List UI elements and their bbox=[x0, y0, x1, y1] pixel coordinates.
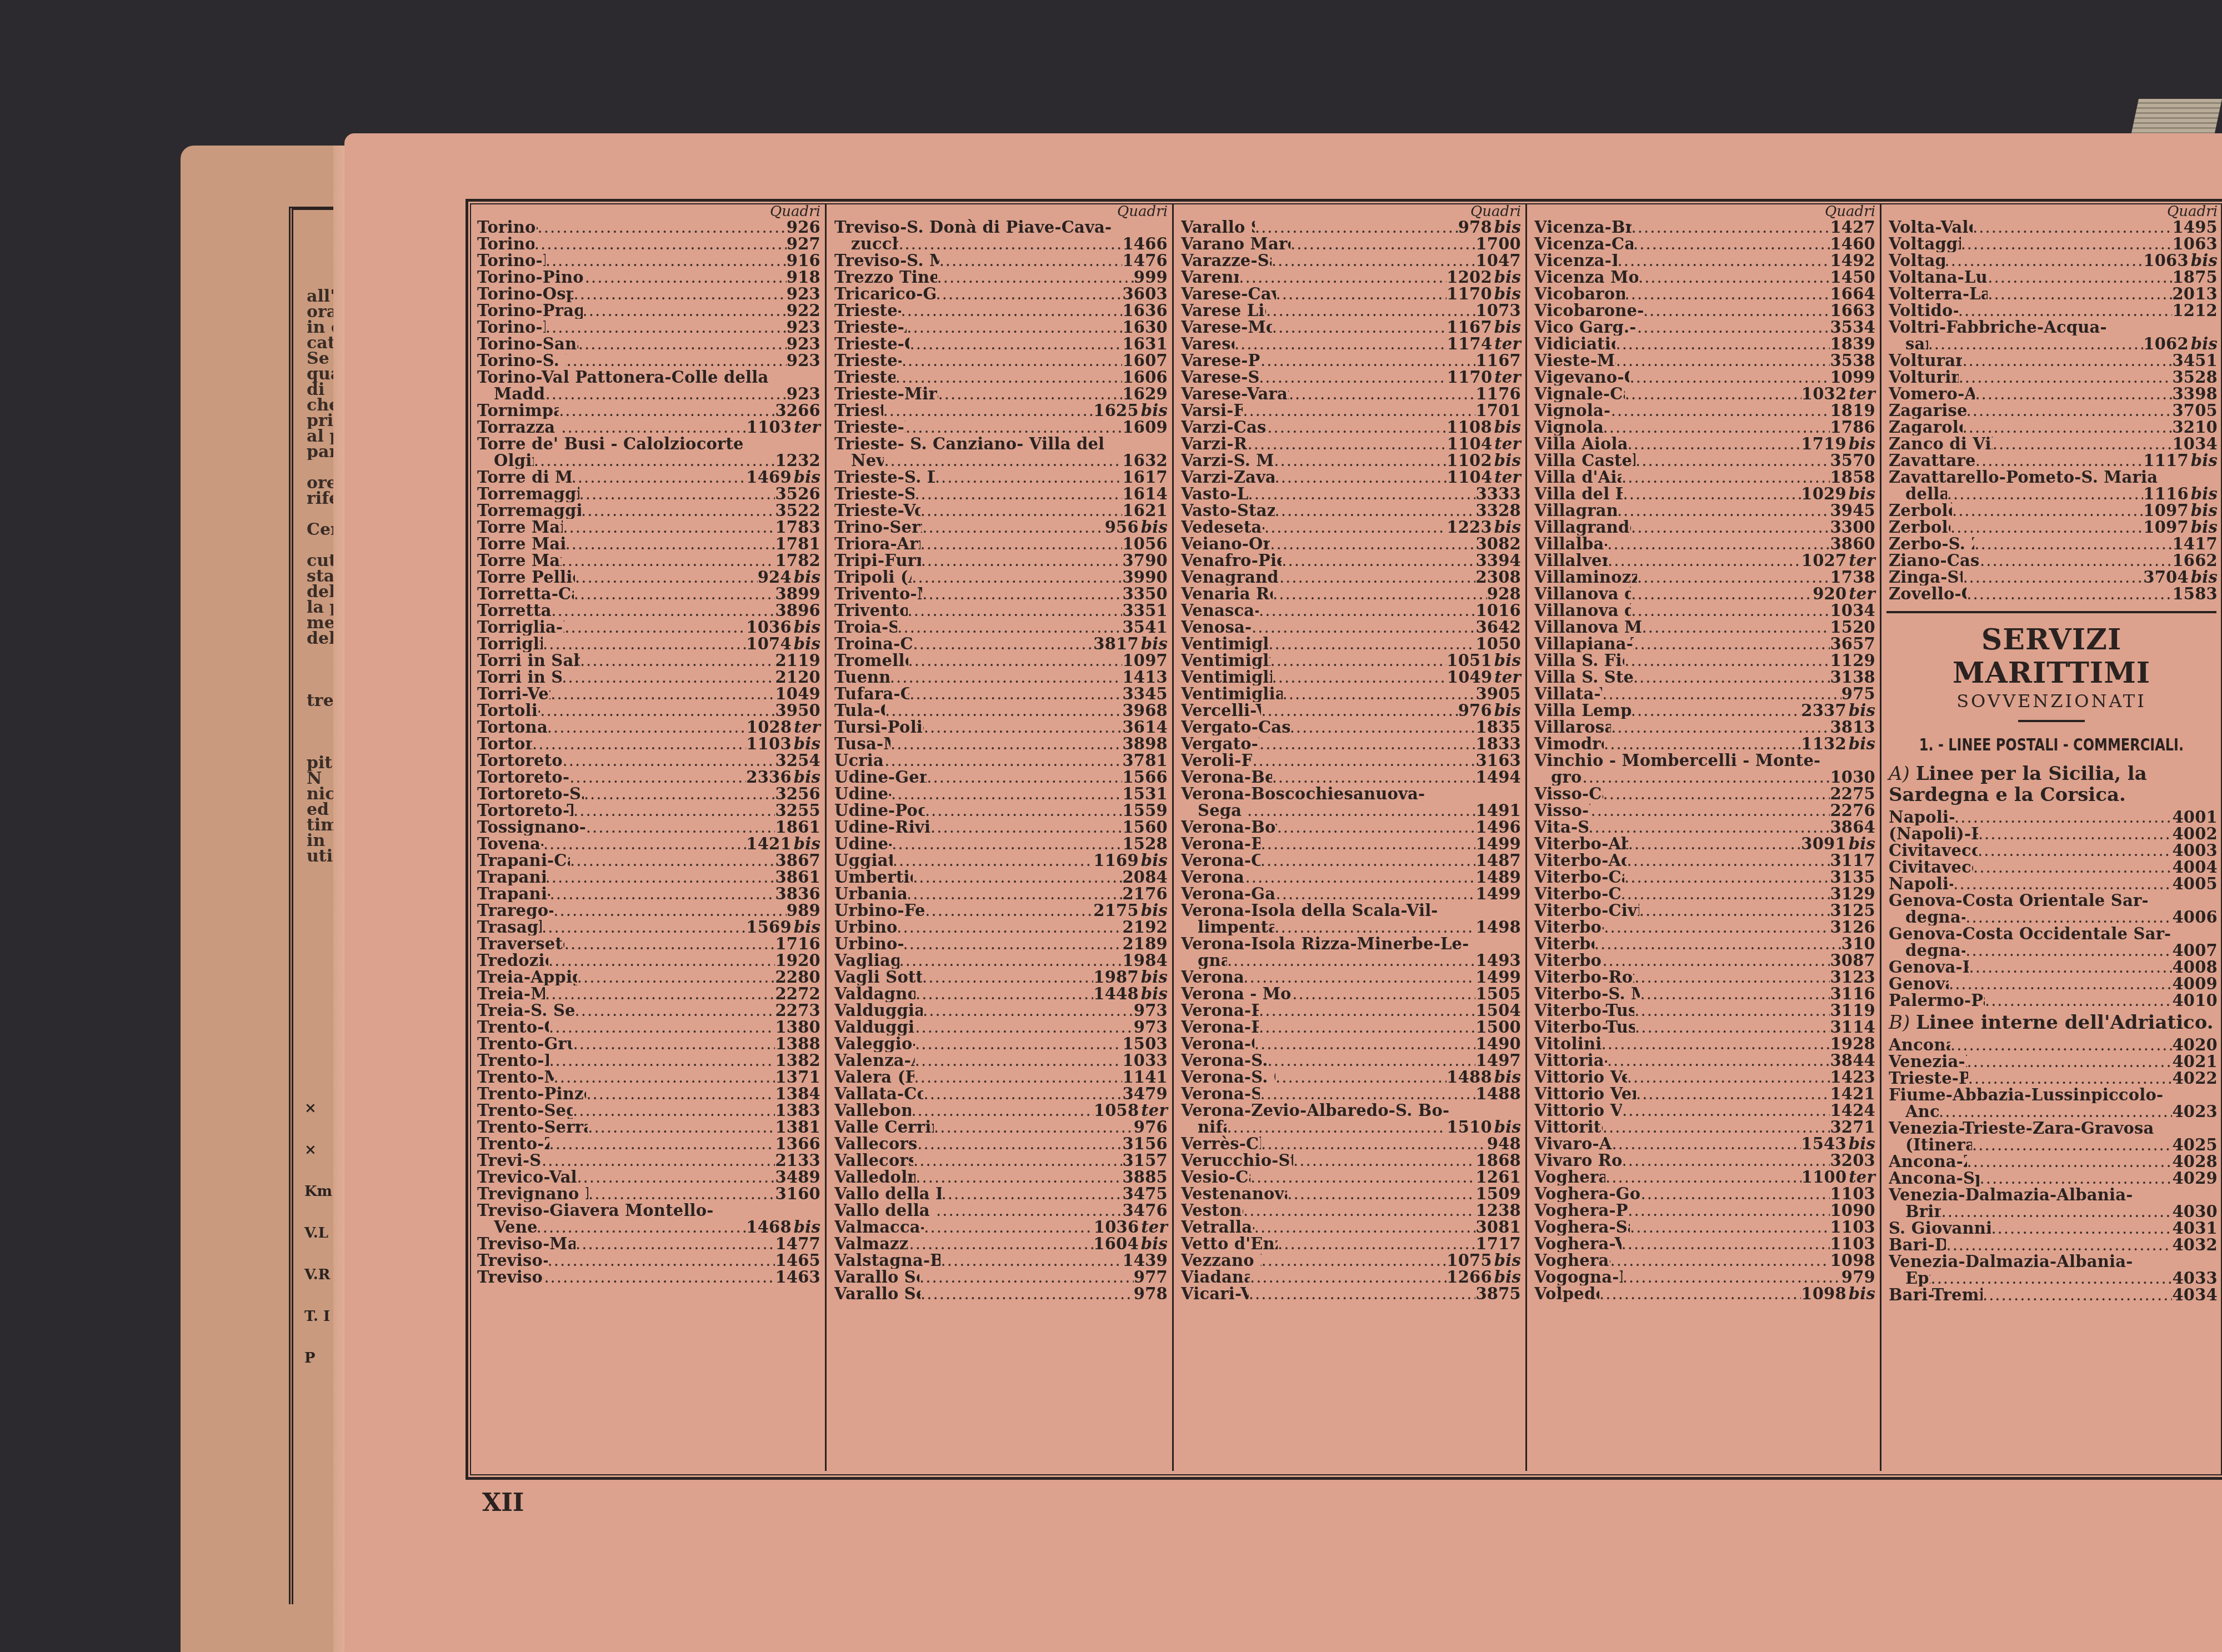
index-entry: Vicenza-Lago Fimon1492 bbox=[1527, 252, 1880, 269]
table-number: 3123 bbox=[1830, 969, 1875, 985]
table-number-value: 926 bbox=[787, 218, 820, 237]
dot-leader bbox=[914, 1069, 1123, 1085]
index-entry: Vagli Sotto-Castelnuovo G.1987bis bbox=[827, 969, 1172, 985]
table-number: 3899 bbox=[775, 585, 820, 602]
table-number: 1098 bbox=[1830, 1252, 1875, 1269]
route-name: gnago bbox=[1198, 952, 1227, 969]
route-name: Verona-S. Anna-Fosse bbox=[1181, 1052, 1268, 1069]
route-name: Valduggia Stazione bbox=[834, 1019, 915, 1035]
table-number-value: 1460 bbox=[1830, 234, 1875, 253]
route-name: Genova-Tunisi bbox=[1889, 975, 1949, 992]
index-entry: Villaminozzo-Reggio Emilia1738 bbox=[1527, 569, 1880, 585]
table-number: 4025 bbox=[2172, 1137, 2218, 1153]
table-number: 3119 bbox=[1830, 1002, 1875, 1019]
table-number-value: 1099 bbox=[1830, 368, 1875, 387]
index-entry: Udine-Grado1531 bbox=[827, 785, 1172, 802]
dot-leader bbox=[1608, 552, 1801, 569]
table-number: 3129 bbox=[1830, 885, 1875, 902]
index-entry: Treviso-S. Michele del Quarto1476 bbox=[827, 252, 1172, 269]
dot-leader bbox=[1939, 1103, 2172, 1120]
dot-leader bbox=[1639, 902, 1830, 919]
dot-leader bbox=[908, 652, 1123, 669]
index-entry: Treviso-Meduna1465 bbox=[469, 1252, 825, 1269]
table-number: 2119 bbox=[775, 652, 820, 669]
table-number: 923 bbox=[787, 319, 820, 336]
dot-leader bbox=[542, 919, 746, 935]
table-number: 1468bis bbox=[746, 1219, 820, 1235]
table-number: 977 bbox=[1134, 1269, 1168, 1285]
table-number-value: 976 bbox=[1458, 701, 1492, 720]
table-number: 1380 bbox=[775, 1019, 820, 1035]
table-number-suffix: bis bbox=[794, 1218, 820, 1237]
dot-leader bbox=[902, 352, 1123, 369]
table-number-value: 1117 bbox=[2143, 451, 2189, 470]
table-number-value: 3861 bbox=[775, 868, 820, 887]
route-name: Vagli Sotto-Castelnuovo G. bbox=[834, 969, 922, 985]
table-number-value: 924 bbox=[758, 568, 792, 587]
table-number: 1383 bbox=[775, 1102, 820, 1119]
table-number-value: 3129 bbox=[1830, 884, 1875, 903]
index-entry: Tricarico-Grassano Stazione3603 bbox=[827, 286, 1172, 302]
index-entry: Viterbo-Orte310 bbox=[1527, 935, 1880, 952]
dot-leader bbox=[907, 319, 1122, 336]
dot-leader bbox=[1631, 585, 1813, 602]
index-entry: Vicenza Montegalda-Padova1450 bbox=[1527, 269, 1880, 286]
table-number-value: 3844 bbox=[1830, 1051, 1875, 1070]
table-number: 3875 bbox=[1475, 1285, 1521, 1302]
table-number-suffix: bis bbox=[1494, 518, 1521, 537]
route-name: Brindisi bbox=[1905, 1203, 1941, 1220]
route-name: Vasto-Stazione-Spiaggia bbox=[1181, 502, 1275, 519]
dot-leader bbox=[1248, 435, 1447, 452]
route-name: Treia-Macerata bbox=[477, 985, 545, 1002]
index-entry: Traversetolo-Scurano1716 bbox=[469, 935, 825, 952]
dot-leader bbox=[562, 669, 775, 685]
table-number-value: 310 bbox=[1841, 934, 1875, 953]
table-number-value: 1663 bbox=[1830, 301, 1875, 320]
table-number: 923 bbox=[787, 352, 820, 369]
index-entry: Valeggio-Villafranca1503 bbox=[827, 1035, 1172, 1052]
route-name: Torino-Ospedale S. Vito bbox=[477, 286, 573, 302]
dot-leader bbox=[1590, 802, 1830, 819]
route-name: Vergato-Castel Aiano-Montese bbox=[1181, 719, 1290, 735]
table-number-value: 4021 bbox=[2172, 1052, 2218, 1071]
table-number: 1062bis bbox=[2143, 336, 2218, 352]
index-entry: Varenna-Esino1202bis bbox=[1173, 269, 1525, 286]
table-number-value: 4029 bbox=[2172, 1169, 2218, 1188]
route-name: Vomero-Agnano Terme bbox=[1889, 386, 1975, 402]
table-number-value: 4020 bbox=[2172, 1035, 2218, 1054]
table-number-suffix: ter bbox=[1849, 584, 1875, 603]
table-number-value: 4025 bbox=[2172, 1135, 2218, 1154]
dot-leader bbox=[1629, 369, 1830, 386]
table-number: 3614 bbox=[1122, 719, 1168, 735]
route-name: Verona - Montorio - Velo Veron. bbox=[1181, 985, 1292, 1002]
route-name: Zerbolò-Garlasco bbox=[1889, 502, 1952, 519]
index-entry: Trieste-Postumia1609 bbox=[827, 419, 1172, 435]
table-number: 3203 bbox=[1830, 1152, 1875, 1169]
table-number: 1488bis bbox=[1447, 1069, 1521, 1085]
table-number: 1030 bbox=[1830, 769, 1875, 785]
dot-leader bbox=[573, 802, 775, 819]
dot-leader bbox=[890, 669, 1123, 685]
table-number: 3156 bbox=[1122, 1135, 1168, 1152]
dot-leader bbox=[1624, 869, 1830, 885]
index-entry: Urbino-Rimini2192 bbox=[827, 919, 1172, 935]
route-name: Varese Ligure-Spezia bbox=[1181, 302, 1266, 319]
index-entry: Vivaro Romano-Arsoli3203 bbox=[1527, 1152, 1880, 1169]
index-entry: Treia-Macerata2272 bbox=[469, 985, 825, 1002]
table-number: 3475 bbox=[1122, 1185, 1168, 1202]
table-number-suffix: bis bbox=[1494, 651, 1521, 670]
route-name: Torino-Pecetto bbox=[477, 252, 546, 269]
dot-leader bbox=[1270, 535, 1475, 552]
table-number-suffix: bis bbox=[1141, 518, 1168, 537]
index-entry: Torino-Sanatorio S. Luigi923 bbox=[469, 336, 825, 352]
index-entry: Verona-S. Giovanni Lupatoto1488bis bbox=[1173, 1069, 1525, 1085]
table-number: 3905 bbox=[1475, 685, 1521, 702]
table-number: 3860 bbox=[1830, 535, 1875, 552]
route-name: Varzi-Casanova di Destra bbox=[1181, 419, 1267, 435]
dot-leader bbox=[1965, 909, 2172, 925]
table-number-suffix: bis bbox=[1141, 851, 1168, 870]
route-name: Varese-Ponte Tresa bbox=[1181, 352, 1260, 369]
route-name: Vignale-Casorzo-Moncalvo bbox=[1534, 386, 1625, 402]
dot-leader bbox=[925, 802, 1123, 819]
index-entry: Urbino-Stazione2189 bbox=[827, 935, 1172, 952]
table-number-suffix: ter bbox=[1494, 434, 1521, 453]
table-number: 3781 bbox=[1122, 752, 1168, 769]
table-number: 4033 bbox=[2172, 1270, 2218, 1286]
table-number-value: 2336 bbox=[746, 768, 792, 787]
dot-leader bbox=[1975, 386, 2172, 402]
route-name: Varese-Orino bbox=[1181, 336, 1234, 352]
table-number-value: 3398 bbox=[2172, 384, 2218, 403]
table-number: 1476 bbox=[1122, 252, 1168, 269]
index-entry: Tortona-Varzi1103bis bbox=[469, 735, 825, 752]
section-divider bbox=[1886, 611, 2216, 613]
dot-leader bbox=[585, 269, 787, 286]
route-name: Verona-Pescantina bbox=[1181, 1002, 1259, 1019]
route-name: Vallebona-Ventimiglia bbox=[834, 1102, 911, 1119]
index-entry: Venafro-Piedimonte d'Alife3394 bbox=[1173, 552, 1525, 569]
dot-leader bbox=[1625, 286, 1830, 302]
index-entry: Ancona4023 bbox=[1881, 1103, 2222, 1120]
table-number: 3945 bbox=[1830, 502, 1875, 519]
table-number-value: 3896 bbox=[775, 601, 820, 620]
dot-leader bbox=[551, 685, 775, 702]
table-number: 924bis bbox=[758, 569, 820, 585]
route-name: Varenna-Esino bbox=[1181, 269, 1239, 286]
dot-leader bbox=[546, 869, 775, 885]
route-name: Vallecorsa-Stazione bbox=[834, 1152, 913, 1169]
table-number-value: 4034 bbox=[2172, 1285, 2218, 1304]
table-number-value: 1716 bbox=[775, 934, 820, 953]
table-number: 948 bbox=[1487, 1135, 1521, 1152]
index-entry: Trento-Segonzano-Sover1383 bbox=[469, 1102, 825, 1119]
dot-leader bbox=[1620, 885, 1830, 902]
table-number: 4001 bbox=[2172, 809, 2218, 825]
table-number: 1034 bbox=[2172, 435, 2218, 452]
table-number-suffix: bis bbox=[794, 734, 820, 753]
dot-leader bbox=[1261, 702, 1458, 719]
route-name: Trento-Mattarello bbox=[477, 1069, 554, 1085]
table-number: 1617 bbox=[1122, 469, 1168, 485]
dot-leader bbox=[1961, 236, 2173, 252]
index-entry: Viterbo-Tuscania-Tarquinia3114 bbox=[1527, 1019, 1880, 1035]
index-entry: Verona-Povegliano1500 bbox=[1173, 1019, 1525, 1035]
dot-leader bbox=[1928, 336, 2144, 352]
table-number: 1141 bbox=[1122, 1069, 1168, 1085]
table-number-value: 1098 bbox=[1830, 1251, 1875, 1270]
dot-leader bbox=[572, 469, 747, 485]
dot-leader bbox=[1623, 1269, 1841, 1285]
table-number-value: 1170 bbox=[1447, 284, 1492, 303]
table-number-value: 3210 bbox=[2172, 418, 2218, 437]
dot-leader bbox=[1988, 269, 2172, 286]
route-name: Genova-Costa Orientale Sar- bbox=[1889, 892, 2149, 909]
route-name: Zavattarello-Pometo-S. Maria bbox=[1889, 469, 2158, 485]
page-number: XII bbox=[482, 1489, 524, 1517]
dot-leader bbox=[920, 502, 1123, 519]
table-number-suffix: bis bbox=[2191, 451, 2218, 470]
dot-leader bbox=[1603, 1119, 1830, 1135]
index-entry: Voghera-Varzi-Bobbio1103 bbox=[1527, 1235, 1880, 1252]
dot-leader bbox=[915, 985, 1093, 1002]
route-name: Vestone-Tione bbox=[1181, 1202, 1243, 1219]
route-name: Civitavecchia-Cagliari bbox=[1889, 859, 1973, 875]
dot-leader bbox=[922, 585, 1122, 602]
table-number-value: 3123 bbox=[1830, 968, 1875, 987]
dot-leader bbox=[936, 1202, 1122, 1219]
table-number: 3256 bbox=[775, 785, 820, 802]
table-number: 1566 bbox=[1122, 769, 1168, 785]
table-number-value: 4010 bbox=[2172, 991, 2218, 1010]
table-number: 1366 bbox=[775, 1135, 820, 1152]
table-number-suffix: ter bbox=[1141, 1101, 1168, 1120]
table-number-suffix: bis bbox=[1849, 834, 1875, 853]
index-entry: Vittorito-Popoli3271 bbox=[1527, 1119, 1880, 1135]
table-number-suffix: bis bbox=[1494, 418, 1521, 437]
dot-leader bbox=[1634, 635, 1830, 652]
index-entry: Vallecorsa-Frosinone3156 bbox=[827, 1135, 1172, 1152]
index-entry: Napoli-Cagliari4005 bbox=[1881, 875, 2222, 892]
table-number-value: 1495 bbox=[2172, 218, 2218, 237]
table-number: 1104ter bbox=[1447, 469, 1521, 485]
index-entry: Vivaro-Arba-Maniago1543bis bbox=[1527, 1135, 1880, 1152]
table-number-suffix: bis bbox=[794, 834, 820, 853]
table-number: 1497 bbox=[1475, 1052, 1521, 1069]
route-name: Vicenza-Camisano-Padova bbox=[1534, 236, 1633, 252]
table-number: 1388 bbox=[775, 1035, 820, 1052]
table-number: 976 bbox=[1134, 1119, 1168, 1135]
route-name: Trento-Segonzano-Sover bbox=[477, 1102, 573, 1119]
table-number: 1167 bbox=[1475, 352, 1521, 369]
index-entry: Valmacca-Borgo S. Martino1036ter bbox=[827, 1219, 1172, 1235]
table-number-value: 1074 bbox=[746, 634, 792, 653]
route-name: nifacio bbox=[1198, 1119, 1227, 1135]
column-header-quadri: Quadri bbox=[1881, 204, 2222, 219]
table-number-value: 1382 bbox=[775, 1051, 820, 1070]
table-number-value: 3790 bbox=[1122, 551, 1168, 570]
table-number: 4009 bbox=[2172, 975, 2218, 992]
table-number-value: 1569 bbox=[746, 918, 792, 937]
index-entry: Venezia-Dalmazia-Albania- bbox=[1881, 1253, 2222, 1270]
table-number: 3126 bbox=[1830, 919, 1875, 935]
index-entry: Umbertide-Cortona2084 bbox=[827, 869, 1172, 885]
route-name: Voghera-Varzi-Bobbio bbox=[1534, 1235, 1622, 1252]
table-number-value: 1499 bbox=[1475, 884, 1521, 903]
table-number-value: 923 bbox=[787, 351, 820, 370]
table-number-value: 1116 bbox=[2143, 484, 2189, 503]
route-name: Varese-Sesto Calende bbox=[1181, 369, 1259, 386]
table-number-value: 3333 bbox=[1475, 484, 1521, 503]
table-number-value: 3087 bbox=[1830, 951, 1875, 970]
route-name: Trento-Cavedine bbox=[477, 1019, 549, 1035]
route-name: Genova-Costa Occidentale Sar- bbox=[1889, 925, 2171, 942]
table-number: 3479 bbox=[1122, 1085, 1168, 1102]
table-number-suffix: bis bbox=[1494, 1251, 1521, 1270]
table-number: 4005 bbox=[2172, 875, 2218, 892]
index-entry: S. Giovanni di Medua-Scutari4031 bbox=[1881, 1220, 2222, 1237]
route-name: Tortoreto-Tortoreto Staz. bbox=[477, 802, 573, 819]
table-number-value: 1103 bbox=[746, 734, 792, 753]
table-number: 310 bbox=[1841, 935, 1875, 952]
route-name: Voghera-Pieve del Cairo bbox=[1534, 1202, 1628, 1219]
index-entry: Vittorio Veneto-Belluno1423 bbox=[1527, 1069, 1880, 1085]
table-number-value: 1835 bbox=[1475, 718, 1521, 737]
dot-leader bbox=[1261, 1135, 1487, 1152]
dot-leader bbox=[922, 969, 1093, 985]
dot-leader bbox=[1243, 969, 1475, 985]
dot-leader bbox=[1607, 535, 1830, 552]
index-entry: Trieste-Miramare (Grignano)1629 bbox=[827, 386, 1172, 402]
index-entry: Verona-Isola della Scala-Vil- bbox=[1173, 902, 1525, 919]
index-entry: Valera (Fratta)-Lodi1141 bbox=[827, 1069, 1172, 1085]
route-name: Zerbo-S. Zenone-Pavia bbox=[1889, 535, 1974, 552]
route-name: Valera (Fratta)-Lodi bbox=[834, 1069, 914, 1085]
table-number: 3864 bbox=[1830, 819, 1875, 835]
table-number-value: 1266 bbox=[1447, 1268, 1492, 1286]
short-rule bbox=[2018, 720, 2085, 722]
index-entry: Tovena-Trichiana1421bis bbox=[469, 835, 825, 852]
table-number: 1505 bbox=[1475, 985, 1521, 1002]
route-name: Torino-S. Margherita bbox=[477, 352, 566, 369]
table-number-value: 4003 bbox=[2172, 841, 2218, 860]
table-number-value: 1016 bbox=[1475, 601, 1521, 620]
table-number-value: 918 bbox=[787, 268, 820, 287]
table-number: 1928 bbox=[1830, 1035, 1875, 1052]
dot-leader bbox=[534, 236, 787, 252]
index-entry: Vicobarone-Castel S. Giovanni1663 bbox=[1527, 302, 1880, 319]
dot-leader bbox=[1963, 569, 2143, 585]
index-entry: Viterbo-Orvieto3087 bbox=[1527, 952, 1880, 969]
table-number-value: 1783 bbox=[775, 518, 820, 537]
route-name: Varzi-Romagnese bbox=[1181, 435, 1248, 452]
table-number: 1421bis bbox=[746, 835, 820, 852]
index-column-1: QuadriTorino-Leyni926Torino-Nico927Torin… bbox=[469, 204, 827, 1471]
index-entry: Vedeseta-S. Giovanni B.1223bis bbox=[1173, 519, 1525, 535]
dot-leader bbox=[890, 735, 1122, 752]
route-name: Trento-Lavarone bbox=[477, 1052, 549, 1069]
table-number-value: 4031 bbox=[2172, 1219, 2218, 1238]
index-entry: Trevignano Romano-Bracciano3160 bbox=[469, 1185, 825, 1202]
dot-leader bbox=[898, 236, 1122, 252]
route-name: Trivento-Stazione bbox=[834, 602, 908, 619]
table-number: 3898 bbox=[1122, 735, 1168, 752]
route-name: Torre Pellice-Bobbio Pellice bbox=[477, 569, 575, 585]
index-entry: Vallecorsa-Stazione3157 bbox=[827, 1152, 1172, 1169]
route-name: Vogogna-Macugnaga bbox=[1534, 1269, 1623, 1285]
index-entry: Vittorio Veneto-Sacile1424 bbox=[1527, 1102, 1880, 1119]
index-entry: Venezia-Dalmazia-Albania- bbox=[1881, 1187, 2222, 1203]
table-number-value: 1630 bbox=[1122, 318, 1168, 337]
index-entry: Trezzo Tinella-Bivio Trezzo999 bbox=[827, 269, 1172, 286]
dot-leader bbox=[1249, 1285, 1476, 1302]
index-entry: Valduggia-Borgosesia973 bbox=[827, 1002, 1172, 1019]
index-entry: Verona-Garda-Malcesine1499 bbox=[1173, 885, 1525, 902]
table-number: 1663 bbox=[1830, 302, 1875, 319]
table-number-value: 979 bbox=[1841, 1268, 1875, 1286]
index-entry: Vignola-Pavullo1786 bbox=[1527, 419, 1880, 435]
table-number: 1858 bbox=[1830, 469, 1875, 485]
index-entry: Trivento-Montefalcone3350 bbox=[827, 585, 1172, 602]
table-number: 1033 bbox=[1122, 1052, 1168, 1069]
route-name: Torino-Sanatorio S. Luigi bbox=[477, 336, 578, 352]
index-entry: Torino-Ospedale S. Vito923 bbox=[469, 286, 825, 302]
table-number-suffix: bis bbox=[1494, 268, 1521, 287]
route-name: Trevignano Romano-Bracciano bbox=[477, 1185, 588, 1202]
index-entry: Zavattarello-Pometo-S. Maria bbox=[1881, 469, 2222, 485]
dot-leader bbox=[915, 1052, 1123, 1069]
dot-leader bbox=[1617, 252, 1830, 269]
table-number: 1450 bbox=[1830, 269, 1875, 286]
dot-leader bbox=[546, 319, 787, 336]
index-entry: Tuenno-Cles1413 bbox=[827, 669, 1172, 685]
route-name: Viterbo-Farnese bbox=[1534, 919, 1604, 935]
index-entry: Ancona-Zara-Fiume4028 bbox=[1881, 1153, 2222, 1170]
table-number-suffix: ter bbox=[1849, 384, 1875, 403]
index-entry: Tortoreto-Pescara Centrale2336bis bbox=[469, 769, 825, 785]
route-name: Ventimiglia-S. Biagio Cima bbox=[1181, 669, 1272, 685]
table-number: 1074bis bbox=[746, 635, 820, 652]
column-header-quadri: Quadri bbox=[1173, 204, 1525, 219]
dot-leader bbox=[1634, 969, 1830, 985]
table-number: 3867 bbox=[775, 852, 820, 869]
table-number: 1495 bbox=[2172, 219, 2218, 236]
dot-leader bbox=[1276, 885, 1476, 902]
route-name: Verrès-Champoluc bbox=[1181, 1135, 1261, 1152]
table-number-value: 3351 bbox=[1122, 601, 1168, 620]
dot-leader bbox=[1248, 485, 1476, 502]
table-number: 1636 bbox=[1122, 302, 1168, 319]
dot-leader bbox=[1266, 302, 1475, 319]
table-number-value: 3138 bbox=[1830, 668, 1875, 687]
table-number: 2133 bbox=[775, 1152, 820, 1169]
table-number: 1477 bbox=[775, 1235, 820, 1252]
dot-leader bbox=[1612, 1135, 1801, 1152]
dot-leader bbox=[903, 935, 1123, 952]
table-number: 3476 bbox=[1122, 1202, 1168, 1219]
dot-leader bbox=[570, 852, 775, 869]
table-number: 3300 bbox=[1830, 519, 1875, 535]
table-number: 2337bis bbox=[1801, 702, 1875, 719]
table-number-value: 2273 bbox=[775, 1001, 820, 1020]
dot-leader bbox=[543, 835, 746, 852]
table-number: 3489 bbox=[775, 1169, 820, 1185]
index-entry: Torino-S. Margherita923 bbox=[469, 352, 825, 369]
table-number: 1987bis bbox=[1093, 969, 1168, 985]
